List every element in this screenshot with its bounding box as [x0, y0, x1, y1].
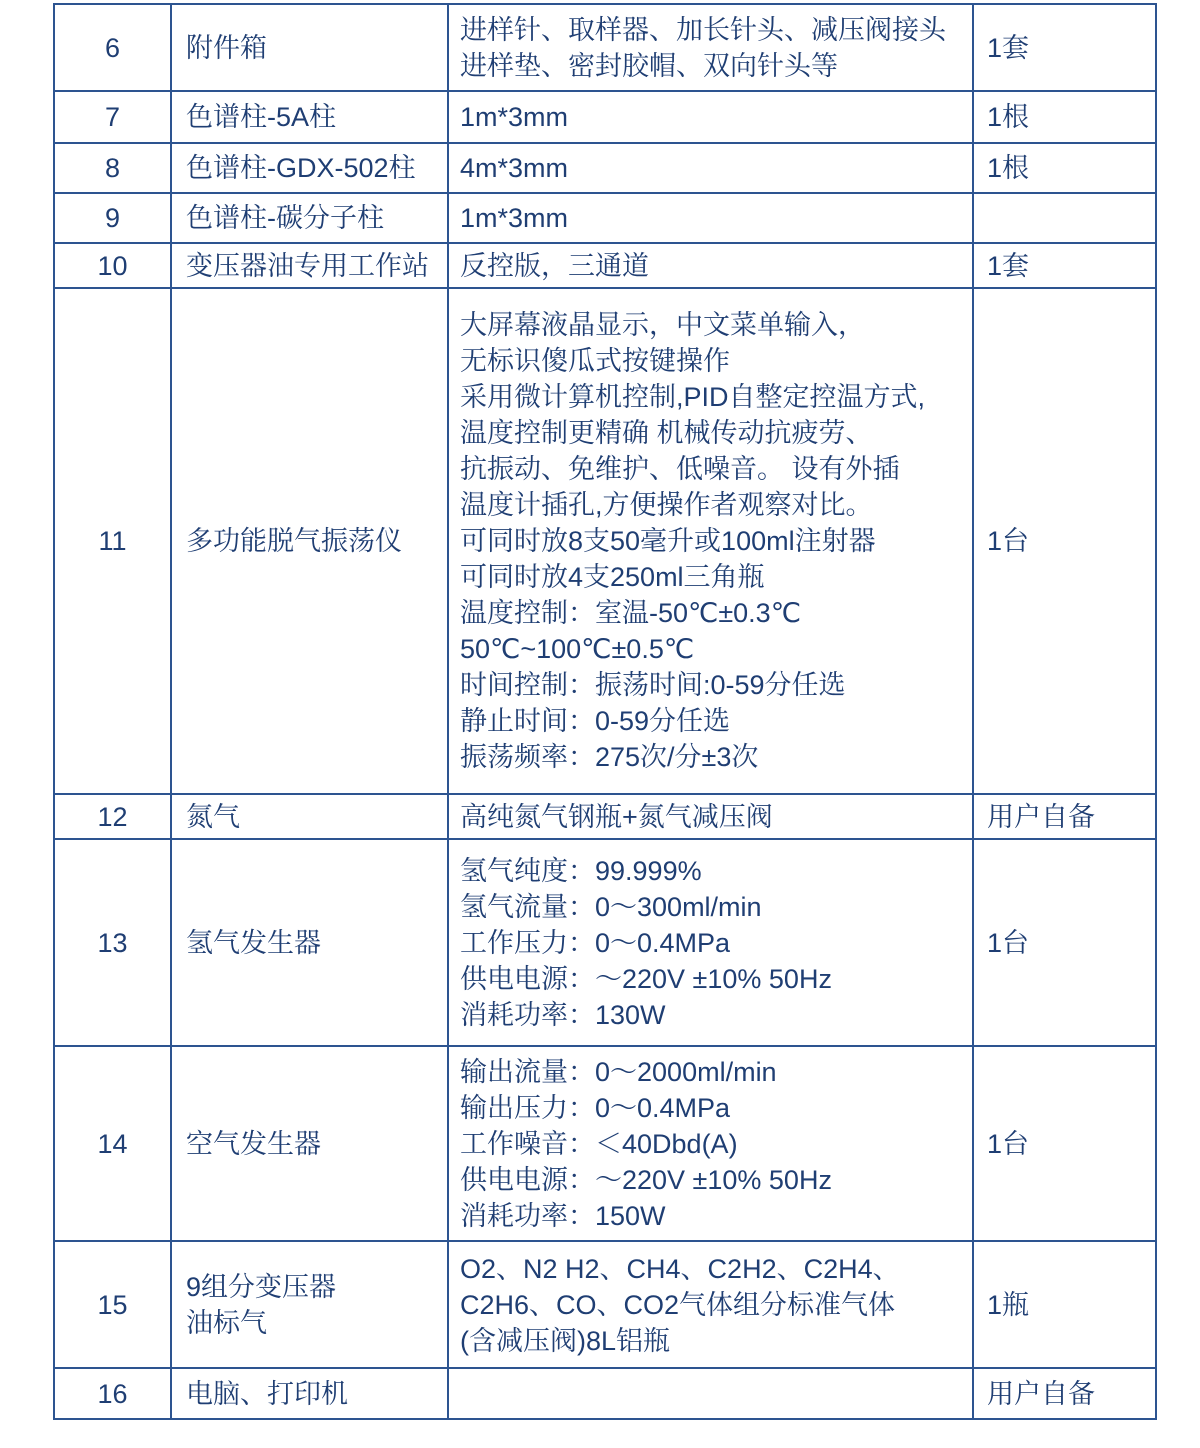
item-name-cell: 附件箱	[171, 4, 448, 91]
table-row: 9 色谱柱-碳分子柱 1m*3mm	[54, 193, 1156, 243]
item-spec: 1m*3mm	[460, 200, 968, 236]
quantity-cell	[973, 193, 1156, 243]
item-spec-cell: 反控版，三通道	[448, 243, 973, 288]
quantity: 1套	[987, 30, 1151, 66]
item-name-cell: 变压器油专用工作站	[171, 243, 448, 288]
table-row: 7 色谱柱-5A柱 1m*3mm 1根	[54, 91, 1156, 143]
quantity: 1台	[987, 1126, 1151, 1162]
item-spec: 氢气纯度：99.999% 氢气流量：0～300ml/min 工作压力：0～0.4…	[460, 853, 968, 1033]
item-name-cell: 色谱柱-5A柱	[171, 91, 448, 143]
row-number-cell: 13	[54, 839, 171, 1046]
quantity-cell: 1套	[973, 4, 1156, 91]
row-number-cell: 15	[54, 1241, 171, 1368]
item-name-cell: 色谱柱-碳分子柱	[171, 193, 448, 243]
row-number-cell: 16	[54, 1368, 171, 1419]
table-row: 13 氢气发生器 氢气纯度：99.999% 氢气流量：0～300ml/min 工…	[54, 839, 1156, 1046]
table-row: 12 氮气 高纯氮气钢瓶+氮气减压阀 用户自备	[54, 794, 1156, 839]
item-spec: O2、N2 H2、CH4、C2H2、C2H4、 C2H6、CO、CO2气体组分标…	[460, 1251, 968, 1359]
table-row: 8 色谱柱-GDX-502柱 4m*3mm 1根	[54, 143, 1156, 193]
item-name: 变压器油专用工作站	[186, 248, 443, 284]
item-spec: 反控版，三通道	[460, 248, 968, 284]
row-number-cell: 8	[54, 143, 171, 193]
table-row: 6 附件箱 进样针、取样器、加长针头、减压阀接头 进样垫、密封胶帽、双向针头等 …	[54, 4, 1156, 91]
quantity: 用户自备	[987, 799, 1151, 835]
item-name: 电脑、打印机	[186, 1376, 443, 1412]
quantity-cell: 1台	[973, 1046, 1156, 1241]
item-spec: 4m*3mm	[460, 150, 968, 186]
item-spec: 高纯氮气钢瓶+氮气减压阀	[460, 799, 968, 835]
item-name: 空气发生器	[186, 1126, 443, 1162]
item-spec-cell: O2、N2 H2、CH4、C2H2、C2H4、 C2H6、CO、CO2气体组分标…	[448, 1241, 973, 1368]
item-spec-cell: 大屏幕液晶显示，中文菜单输入， 无标识傻瓜式按键操作 采用微计算机控制,PID自…	[448, 288, 973, 794]
row-number-cell: 6	[54, 4, 171, 91]
table-row: 16 电脑、打印机 用户自备	[54, 1368, 1156, 1419]
item-name: 色谱柱-碳分子柱	[186, 200, 443, 236]
quantity: 用户自备	[987, 1376, 1151, 1412]
quantity: 1台	[987, 523, 1151, 559]
row-number-cell: 7	[54, 91, 171, 143]
row-number: 15	[56, 1287, 169, 1323]
table-row: 11 多功能脱气振荡仪 大屏幕液晶显示，中文菜单输入， 无标识傻瓜式按键操作 采…	[54, 288, 1156, 794]
item-spec-cell: 进样针、取样器、加长针头、减压阀接头 进样垫、密封胶帽、双向针头等	[448, 4, 973, 91]
row-number: 16	[56, 1376, 169, 1412]
item-spec-cell: 1m*3mm	[448, 193, 973, 243]
row-number: 6	[56, 30, 169, 66]
quantity-cell: 1根	[973, 91, 1156, 143]
item-spec-cell: 高纯氮气钢瓶+氮气减压阀	[448, 794, 973, 839]
item-spec-cell: 1m*3mm	[448, 91, 973, 143]
row-number: 11	[56, 523, 169, 559]
item-name-cell: 氮气	[171, 794, 448, 839]
quantity-cell: 1台	[973, 288, 1156, 794]
item-name: 色谱柱-5A柱	[186, 99, 443, 135]
row-number-cell: 12	[54, 794, 171, 839]
item-spec: 大屏幕液晶显示，中文菜单输入， 无标识傻瓜式按键操作 采用微计算机控制,PID自…	[460, 307, 968, 775]
quantity-cell: 用户自备	[973, 1368, 1156, 1419]
quantity: 1根	[987, 99, 1151, 135]
table-row: 10 变压器油专用工作站 反控版，三通道 1套	[54, 243, 1156, 288]
row-number-cell: 11	[54, 288, 171, 794]
row-number-cell: 9	[54, 193, 171, 243]
quantity: 1台	[987, 925, 1151, 961]
item-name-cell: 空气发生器	[171, 1046, 448, 1241]
quantity: 1套	[987, 248, 1151, 284]
item-name: 氮气	[186, 799, 443, 835]
item-name-cell: 氢气发生器	[171, 839, 448, 1046]
item-name: 附件箱	[186, 30, 443, 66]
quantity: 1根	[987, 150, 1151, 186]
quantity-cell: 1台	[973, 839, 1156, 1046]
row-number: 7	[56, 99, 169, 135]
row-number: 14	[56, 1126, 169, 1162]
equipment-spec-table: 6 附件箱 进样针、取样器、加长针头、减压阀接头 进样垫、密封胶帽、双向针头等 …	[53, 3, 1157, 1420]
table-row: 15 9组分变压器 油标气 O2、N2 H2、CH4、C2H2、C2H4、 C2…	[54, 1241, 1156, 1368]
quantity-cell: 1套	[973, 243, 1156, 288]
row-number: 9	[56, 200, 169, 236]
item-name-cell: 多功能脱气振荡仪	[171, 288, 448, 794]
table-row: 14 空气发生器 输出流量：0～2000ml/min 输出压力：0～0.4MPa…	[54, 1046, 1156, 1241]
row-number-cell: 14	[54, 1046, 171, 1241]
item-name-cell: 9组分变压器 油标气	[171, 1241, 448, 1368]
item-spec-cell: 输出流量：0～2000ml/min 输出压力：0～0.4MPa 工作噪音：＜40…	[448, 1046, 973, 1241]
item-name: 9组分变压器 油标气	[186, 1269, 443, 1341]
item-spec: 输出流量：0～2000ml/min 输出压力：0～0.4MPa 工作噪音：＜40…	[460, 1054, 968, 1234]
quantity-cell: 1根	[973, 143, 1156, 193]
row-number: 13	[56, 925, 169, 961]
item-name: 色谱柱-GDX-502柱	[186, 150, 443, 186]
item-name: 氢气发生器	[186, 925, 443, 961]
item-spec-cell: 4m*3mm	[448, 143, 973, 193]
item-spec-cell	[448, 1368, 973, 1419]
item-spec: 1m*3mm	[460, 99, 968, 135]
row-number: 10	[56, 248, 169, 284]
quantity-cell: 用户自备	[973, 794, 1156, 839]
row-number: 8	[56, 150, 169, 186]
item-name: 多功能脱气振荡仪	[186, 523, 443, 559]
row-number-cell: 10	[54, 243, 171, 288]
item-spec: 进样针、取样器、加长针头、减压阀接头 进样垫、密封胶帽、双向针头等	[460, 12, 968, 84]
quantity: 1瓶	[987, 1287, 1151, 1323]
quantity-cell: 1瓶	[973, 1241, 1156, 1368]
page-background: 6 附件箱 进样针、取样器、加长针头、减压阀接头 进样垫、密封胶帽、双向针头等 …	[0, 0, 1200, 1448]
item-name-cell: 电脑、打印机	[171, 1368, 448, 1419]
item-name-cell: 色谱柱-GDX-502柱	[171, 143, 448, 193]
row-number: 12	[56, 799, 169, 835]
item-spec-cell: 氢气纯度：99.999% 氢气流量：0～300ml/min 工作压力：0～0.4…	[448, 839, 973, 1046]
